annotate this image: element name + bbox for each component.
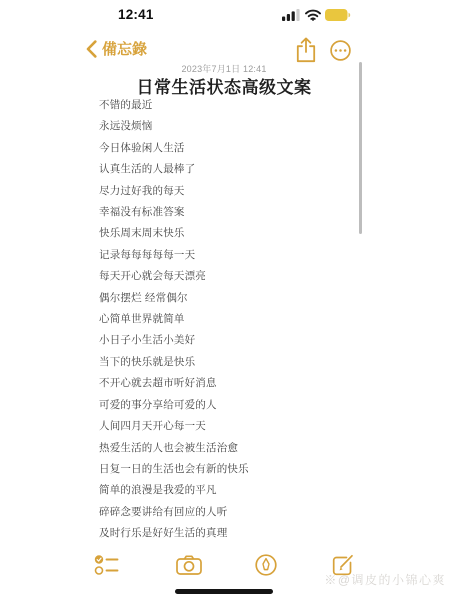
note-line[interactable]: 热爱生活的人也会被生活治愈	[99, 438, 349, 459]
note-line[interactable]: 当下的快乐就是快乐	[99, 352, 349, 373]
iphone-notes-screenshot: 12:41	[0, 0, 449, 600]
share-button[interactable]	[295, 37, 317, 63]
note-line[interactable]: 人间四月天开心每一天	[99, 416, 349, 437]
note-line[interactable]: 可爱的事分享给可爱的人	[99, 395, 349, 416]
note-line[interactable]: 幸福没有标准答案	[99, 202, 349, 223]
more-options-button[interactable]	[330, 40, 351, 61]
back-label: 備忘錄	[102, 38, 147, 59]
ellipsis-circle-icon	[330, 40, 351, 61]
note-line[interactable]: 永远没烦恼	[99, 116, 349, 137]
note-line[interactable]: 认真生活的人最棒了	[99, 159, 349, 180]
note-line[interactable]: 碎碎念要讲给有回应的人听	[99, 502, 349, 523]
status-bar-icons	[282, 8, 351, 22]
watermark: ※@调皮的小锦心爽	[246, 571, 446, 588]
note-line[interactable]: 简单的浪漫是我爱的平凡	[99, 480, 349, 501]
status-time: 12:41	[118, 7, 162, 22]
scrollbar-thumb[interactable]	[359, 62, 362, 234]
back-button[interactable]: 備忘錄	[86, 38, 147, 59]
home-indicator[interactable]	[175, 589, 273, 594]
note-body[interactable]: 不错的最近永远没烦恼今日体验闲人生活认真生活的人最棒了尽力过好我的每天幸福没有标…	[99, 95, 349, 545]
note-line[interactable]: 尽力过好我的每天	[99, 181, 349, 202]
note-line[interactable]: 偶尔摆烂 经常偶尔	[99, 288, 349, 309]
cellular-signal-icon	[282, 9, 301, 21]
note-line[interactable]: 日复一日的生活也会有新的快乐	[99, 459, 349, 480]
note-line[interactable]: 快乐周末周末快乐	[99, 223, 349, 244]
checklist-icon	[94, 554, 119, 576]
share-icon	[295, 37, 317, 63]
wifi-icon	[305, 9, 321, 21]
chevron-left-icon	[86, 40, 97, 58]
note-line[interactable]: 小日子小生活小美好	[99, 330, 349, 351]
camera-button[interactable]	[176, 553, 202, 577]
checklist-button[interactable]	[93, 553, 119, 577]
note-line[interactable]: 不错的最近	[99, 95, 349, 116]
note-line[interactable]: 每天开心就会每天漂亮	[99, 266, 349, 287]
note-line[interactable]: 及时行乐是好好生活的真理	[99, 523, 349, 544]
note-line[interactable]: 不开心就去超市听好消息	[99, 373, 349, 394]
note-line[interactable]: 今日体验闲人生活	[99, 138, 349, 159]
battery-low-power-icon	[325, 9, 351, 21]
camera-icon	[176, 555, 202, 575]
note-line[interactable]: 心简单世界就简单	[99, 309, 349, 330]
note-line[interactable]: 记录每每每每每一天	[99, 245, 349, 266]
